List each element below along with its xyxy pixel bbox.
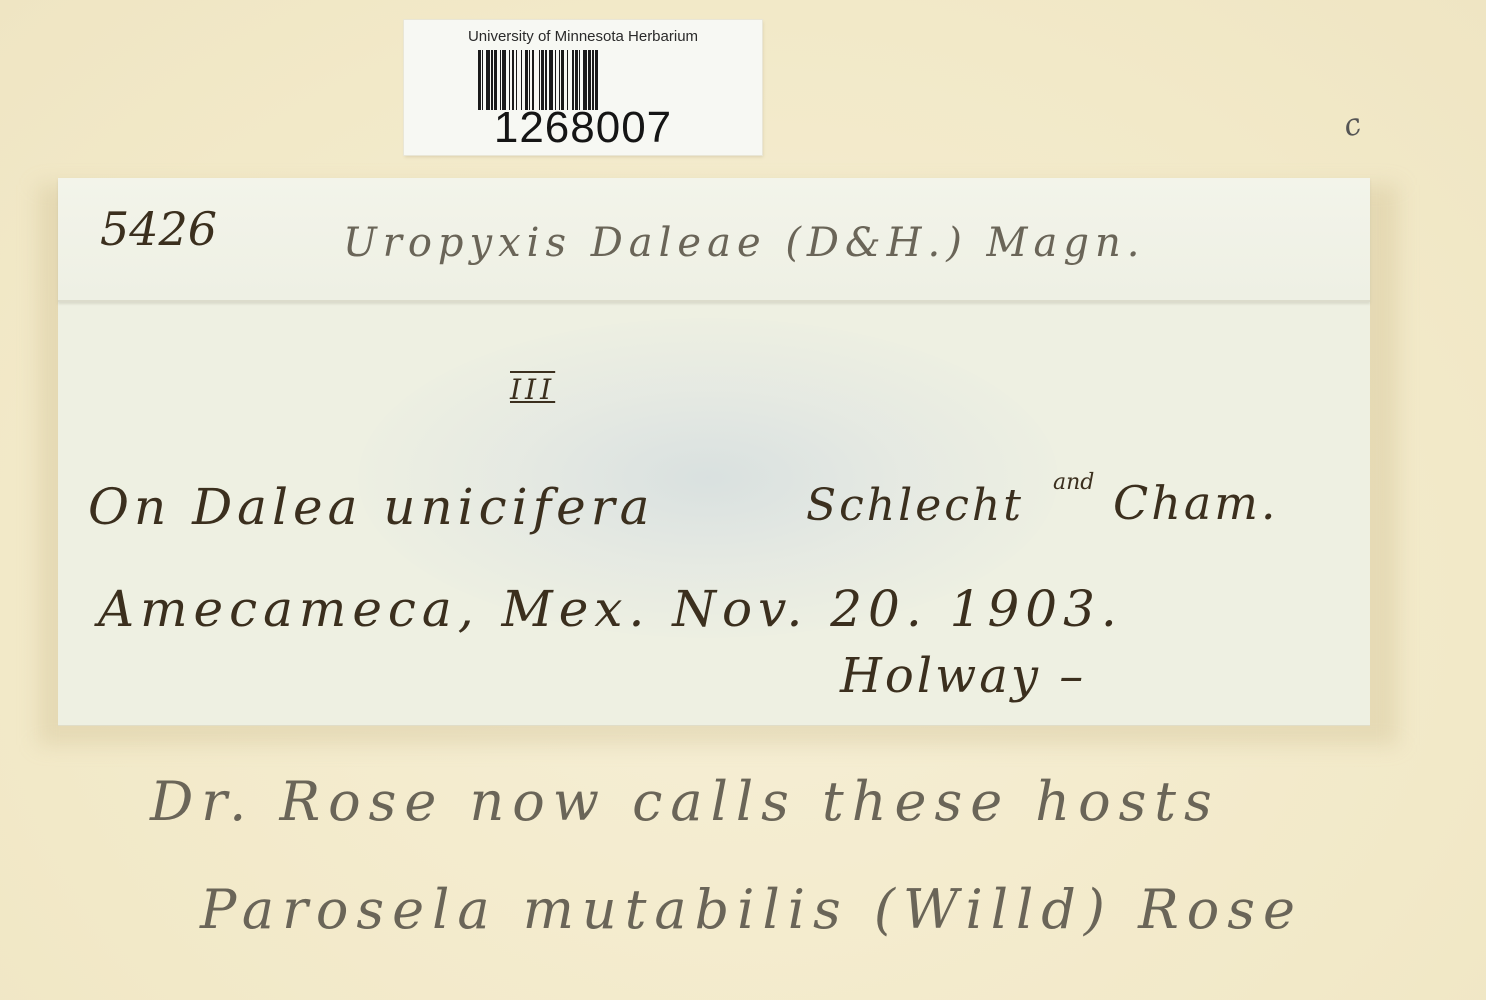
barcode-icon	[478, 50, 689, 110]
host-name: On Dalea unicifera	[88, 478, 654, 536]
corner-pencil-mark: c	[1340, 106, 1365, 144]
host-author-conj: and	[1053, 470, 1094, 495]
host-author-2: Cham.	[1113, 476, 1279, 530]
annotation-line-2: Parosela mutabilis (Willd) Rose	[200, 878, 1303, 941]
annotation-line-1: Dr. Rose now calls these hosts	[150, 770, 1220, 833]
spore-stage: III	[510, 373, 555, 406]
locality-date: Amecameca, Mex. Nov. 20. 1903.	[98, 580, 1123, 638]
barcode-label: University of Minnesota Herbarium 126800…	[404, 20, 762, 155]
collector-name: Holway –	[840, 648, 1086, 704]
herbarium-sheet: University of Minnesota Herbarium 126800…	[0, 0, 1486, 1000]
species-name: Uropyxis Daleae (D&H.) Magn.	[343, 220, 1145, 266]
specimen-packet: 5426 Uropyxis Daleae (D&H.) Magn. III On…	[58, 178, 1370, 725]
barcode-bar	[598, 50, 599, 110]
collection-number: 5426	[100, 202, 217, 256]
host-author-1: Schlecht	[806, 480, 1024, 531]
institution-name: University of Minnesota Herbarium	[404, 28, 762, 45]
catalog-number: 1268007	[404, 106, 762, 150]
